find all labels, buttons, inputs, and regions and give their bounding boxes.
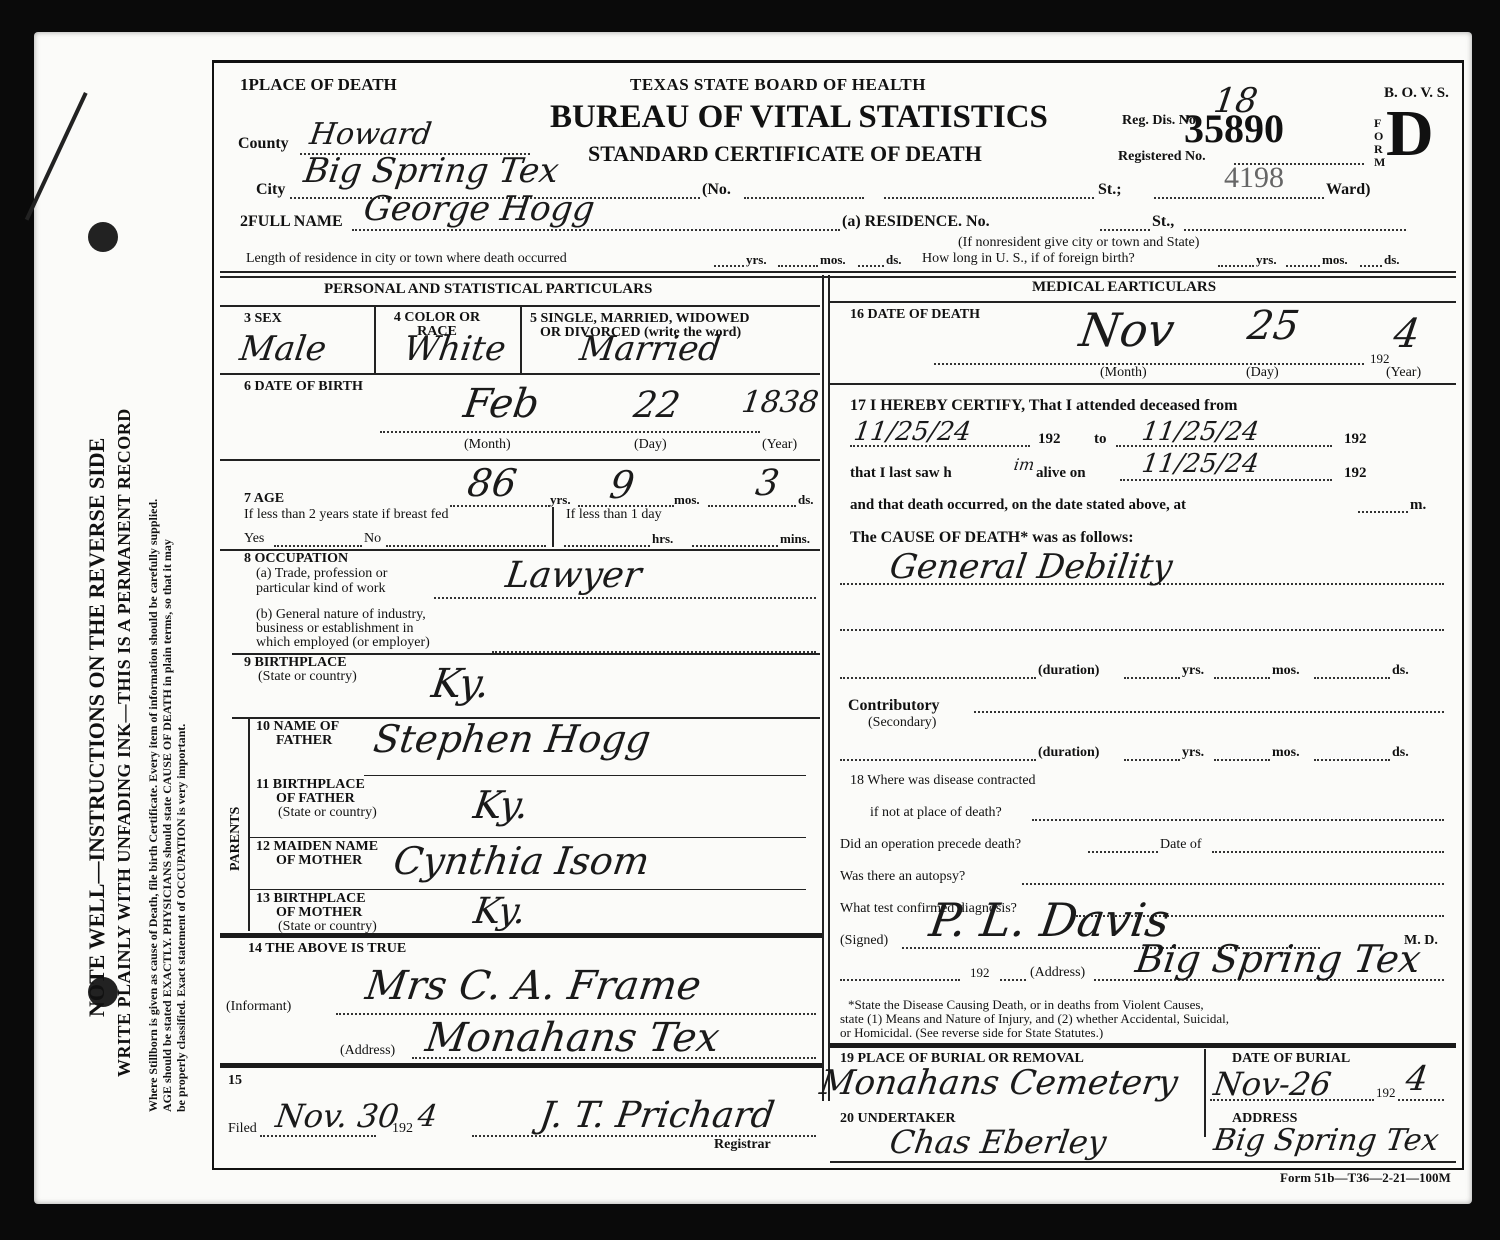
signed-label: (Signed) xyxy=(840,933,888,949)
cause-of-death-value: General Debility xyxy=(887,547,1175,587)
occupation-label: 8 OCCUPATION xyxy=(244,551,348,567)
county-value: Howard xyxy=(308,117,434,152)
dob-label: 6 DATE OF BIRTH xyxy=(244,379,363,395)
mother-birthplace-value: Ky. xyxy=(471,891,528,932)
filed-year: 4 xyxy=(416,1099,440,1134)
st-label: St.; xyxy=(1098,181,1122,199)
city-label: City xyxy=(256,181,285,199)
personal-section-title: PERSONAL AND STATISTICAL PARTICULARS xyxy=(324,281,652,298)
form-vertical-label: FORM xyxy=(1374,117,1384,169)
last-saw-alive-date: 11/25/24 xyxy=(1140,449,1261,479)
attended-to-date: 11/25/24 xyxy=(1140,417,1261,447)
death-day: 25 xyxy=(1245,303,1302,349)
certify-statement: 17 I HEREBY CERTIFY, That I attended dec… xyxy=(850,397,1237,415)
father-name-value: Stephen Hogg xyxy=(371,717,653,761)
contributory-label: Contributory xyxy=(848,697,940,715)
autopsy-label: Was there an autopsy? xyxy=(840,869,965,885)
write-plainly-text: WRITE PLAINLY WITH UNFADING INK—THIS IS … xyxy=(114,408,135,1077)
residence-note: (If nonresident give city or town and St… xyxy=(958,235,1199,251)
burial-place-value: Monahans Cemetery xyxy=(817,1063,1180,1103)
informant-label: (Informant) xyxy=(226,999,291,1015)
dob-month: Feb xyxy=(461,381,542,427)
dob-year: 1838 xyxy=(740,385,821,420)
physician-address-value: Big Spring Tex xyxy=(1133,937,1424,981)
informant-address-value: Monahans Tex xyxy=(423,1015,723,1061)
occupation-value: Lawyer xyxy=(503,555,644,596)
instruction-line-2: AGE should be stated EXACTLY. PHYSICIANS… xyxy=(160,539,175,1112)
registered-no-label: Registered No. xyxy=(1118,149,1206,165)
ward-label: Ward) xyxy=(1326,181,1370,199)
agency-name: TEXAS STATE BOARD OF HEALTH xyxy=(630,75,926,95)
filed-date: Nov. 30 xyxy=(273,1097,401,1135)
dob-day: 22 xyxy=(631,385,683,426)
handwritten-mark xyxy=(25,92,88,221)
date-of-death-label: 16 DATE OF DEATH xyxy=(850,307,980,323)
city-value: Big Spring Tex xyxy=(301,151,561,191)
footnote-line-3: or Homicidal. (See reverse side for Stat… xyxy=(840,1025,1103,1041)
race-value: White xyxy=(401,329,508,369)
residence-label: (a) RESIDENCE. No. xyxy=(842,213,990,231)
age-months: 9 xyxy=(607,463,637,507)
informant-value: Mrs C. A. Frame xyxy=(363,963,704,1009)
marital-value: Married xyxy=(577,329,723,369)
filed-item-number: 15 xyxy=(228,1073,242,1089)
length-of-residence-label: Length of residence in city or town wher… xyxy=(246,251,567,267)
residence-st-label: St., xyxy=(1152,213,1174,231)
physician-signature: P. L. Davis xyxy=(926,893,1173,947)
parents-label: PARENTS xyxy=(228,807,244,871)
form-letter: D xyxy=(1386,101,1434,167)
less-than-day-label: If less than 1 day xyxy=(566,507,662,523)
form-code: Form 51b—T36—2-21—100M xyxy=(1280,1170,1451,1186)
instruction-line-3: be properly classified. Exact statement … xyxy=(174,724,189,1112)
county-label: County xyxy=(238,135,289,153)
undertaker-value: Chas Eberley xyxy=(887,1123,1108,1161)
death-month: Nov xyxy=(1076,303,1178,357)
registrar-label: Registrar xyxy=(714,1137,771,1153)
mother-maiden-name-value: Cynthia Isom xyxy=(391,839,652,883)
full-name-value: George Hogg xyxy=(361,189,597,229)
undertaker-address-value: Big Spring Tex xyxy=(1212,1123,1441,1158)
burial-year-value: 4 xyxy=(1403,1059,1430,1099)
instruction-line-1: Where Stillborn is given as cause of Dea… xyxy=(146,499,161,1112)
registered-no-value: 4198 xyxy=(1224,161,1284,195)
how-long-in-us-label: How long in U. S., if of foreign birth? xyxy=(922,251,1135,267)
death-year: 4 xyxy=(1391,311,1423,357)
sex-value: Male xyxy=(237,329,329,369)
registrar-signature: J. T. Prichard xyxy=(537,1095,777,1136)
medical-section-title: MEDICAL EARTICULARS xyxy=(1032,279,1216,296)
bureau-title: BUREAU OF VITAL STATISTICS xyxy=(550,99,1048,136)
attended-from-date: 11/25/24 xyxy=(852,417,973,447)
certificate-form: 1PLACE OF DEATH TEXAS STATE BOARD OF HEA… xyxy=(212,60,1464,1170)
form-title: STANDARD CERTIFICATE OF DEATH xyxy=(588,141,982,167)
certificate-number: 35890 xyxy=(1184,105,1284,152)
age-years: 86 xyxy=(465,461,520,505)
filed-label: Filed xyxy=(228,1121,257,1137)
age-label: 7 AGE xyxy=(244,491,284,507)
above-is-true-label: 14 THE ABOVE IS TRUE xyxy=(248,941,406,957)
no-label: (No. xyxy=(702,181,731,199)
death-occurred-label: and that death occurred, on the date sta… xyxy=(850,497,1186,514)
breast-fed-label: If less than 2 years state if breast fed xyxy=(244,507,448,523)
father-birthplace-value: Ky. xyxy=(471,783,532,827)
birthplace-value: Ky. xyxy=(429,661,493,707)
sex-label: 3 SEX xyxy=(244,311,282,327)
full-name-label: 2FULL NAME xyxy=(240,213,343,231)
binder-hole-top xyxy=(88,222,118,252)
cause-of-death-label: The CAUSE OF DEATH* was as follows: xyxy=(850,529,1134,547)
burial-date-value: Nov-26 xyxy=(1211,1065,1333,1103)
note-well-text: NOTE WELL—INSTRUCTIONS ON THE REVERSE SI… xyxy=(84,438,110,1017)
informant-address-label: (Address) xyxy=(340,1043,395,1059)
age-days: 3 xyxy=(753,463,782,504)
disease-contracted-label: 18 Where was disease contracted xyxy=(850,773,1036,789)
place-of-death-label: 1PLACE OF DEATH xyxy=(240,75,397,95)
operation-label: Did an operation precede death? xyxy=(840,837,1021,853)
